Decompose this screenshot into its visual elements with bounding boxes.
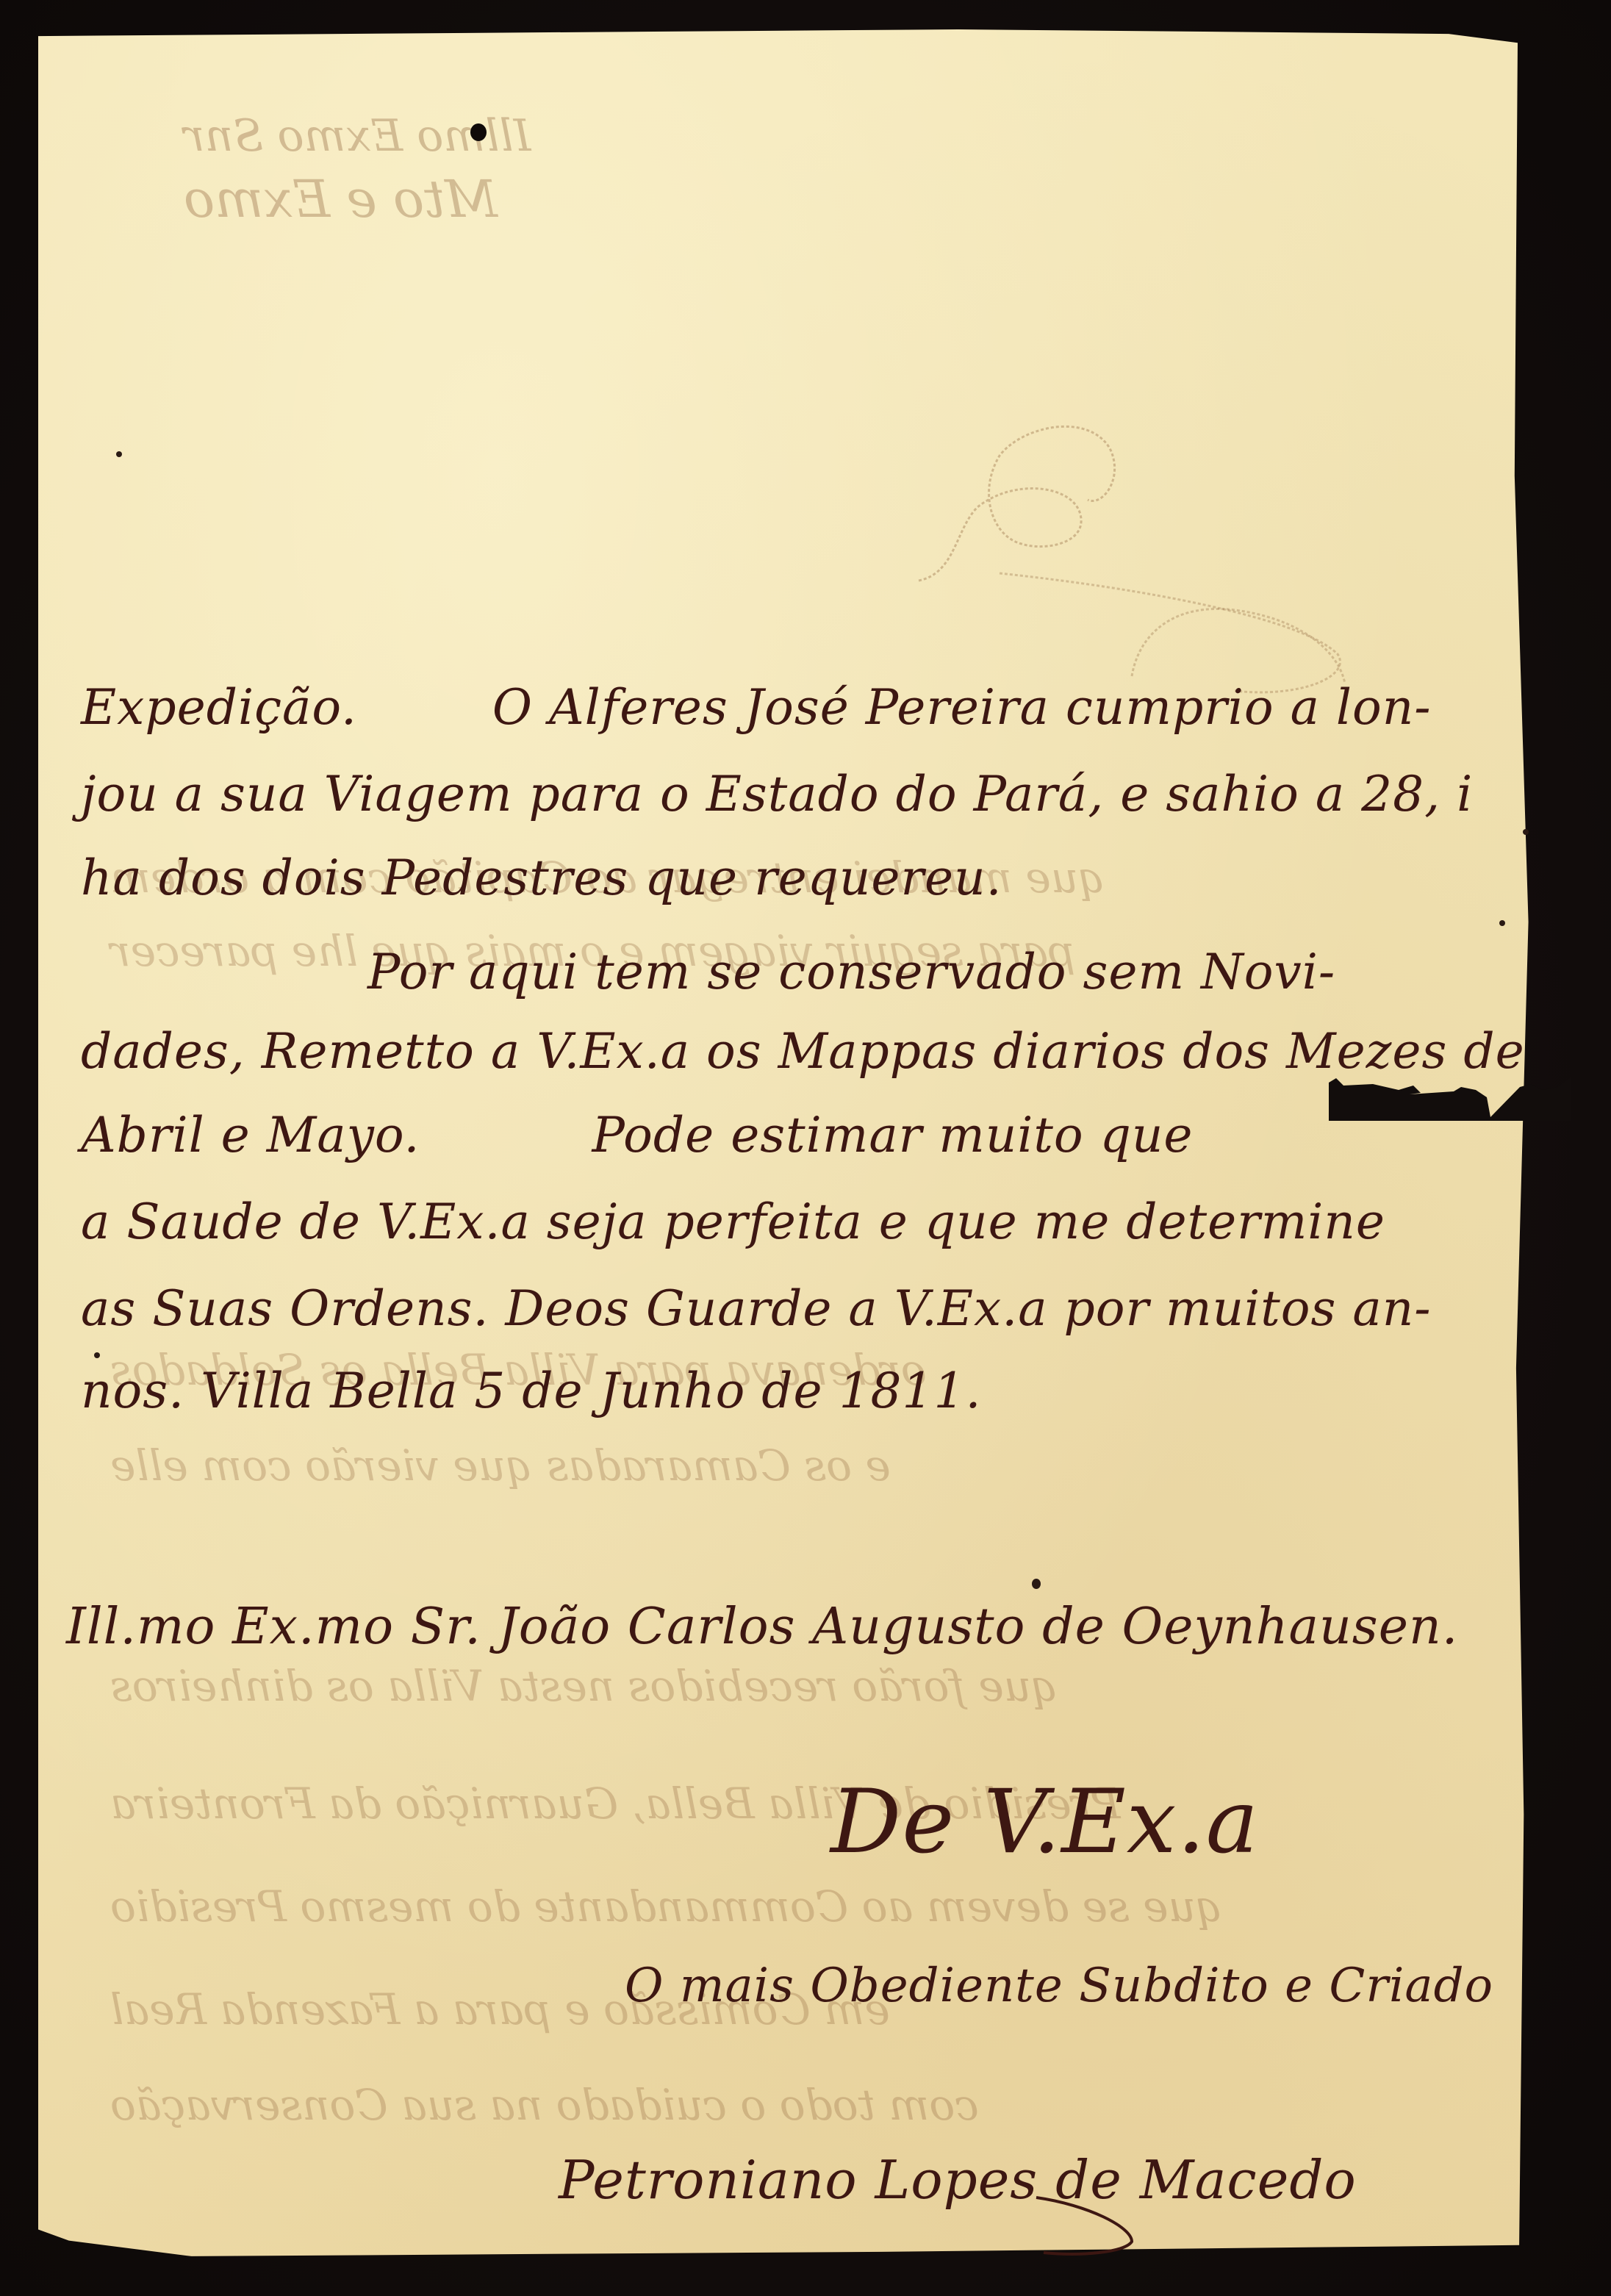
letter-line-1: Expedição. O Alferes José Pereira cumpri…: [81, 684, 1432, 732]
letter-line-2: jou a sua Viagem para o Estado do Pará, …: [81, 770, 1473, 819]
letter-line-4: Por aqui tem se conservado sem Novi-: [367, 948, 1335, 997]
letter-line-7: a Saude de V.Ex.a seja perfeita e que me…: [81, 1198, 1385, 1246]
letter-line-6: Abril e Mayo. Pode estimar muito que: [81, 1111, 1193, 1160]
torn-edge: [1329, 1077, 1571, 1121]
ink-speck: [1032, 1579, 1041, 1589]
letter-line-3: ha dos dois Pedestres que requereu.: [81, 854, 1002, 903]
heading-expedicao: Expedição.: [81, 679, 357, 736]
signature: Petroniano Lopes de Macedo: [559, 2153, 1357, 2206]
letter-line-8: as Suas Ordens. Deos Guarde a V.Ex.a por…: [81, 1285, 1432, 1333]
ink-speck: [1523, 829, 1529, 835]
addressee-name: João Carlos Augusto de Oeynhausen.: [498, 1598, 1459, 1656]
ink-speck: [116, 451, 122, 457]
ink-speck: [94, 1352, 100, 1358]
addressee-salutation: Ill.mo Ex.mo Sr.: [66, 1598, 481, 1656]
worm-hole: [470, 123, 487, 141]
addressee-line: Ill.mo Ex.mo Sr. João Carlos Augusto de …: [66, 1602, 1458, 1652]
closing-de-vex: De V.Ex.a: [830, 1779, 1259, 1867]
letter-line-9: nos. Villa Bella 5 de Junho de 1811.: [81, 1367, 982, 1416]
ink-speck: [1499, 920, 1505, 926]
closing-servant: O mais Obediente Subdito e Criado: [625, 1962, 1493, 2009]
letter-line-5: dades, Remetto a V.Ex.a os Mappas diario…: [81, 1027, 1525, 1076]
